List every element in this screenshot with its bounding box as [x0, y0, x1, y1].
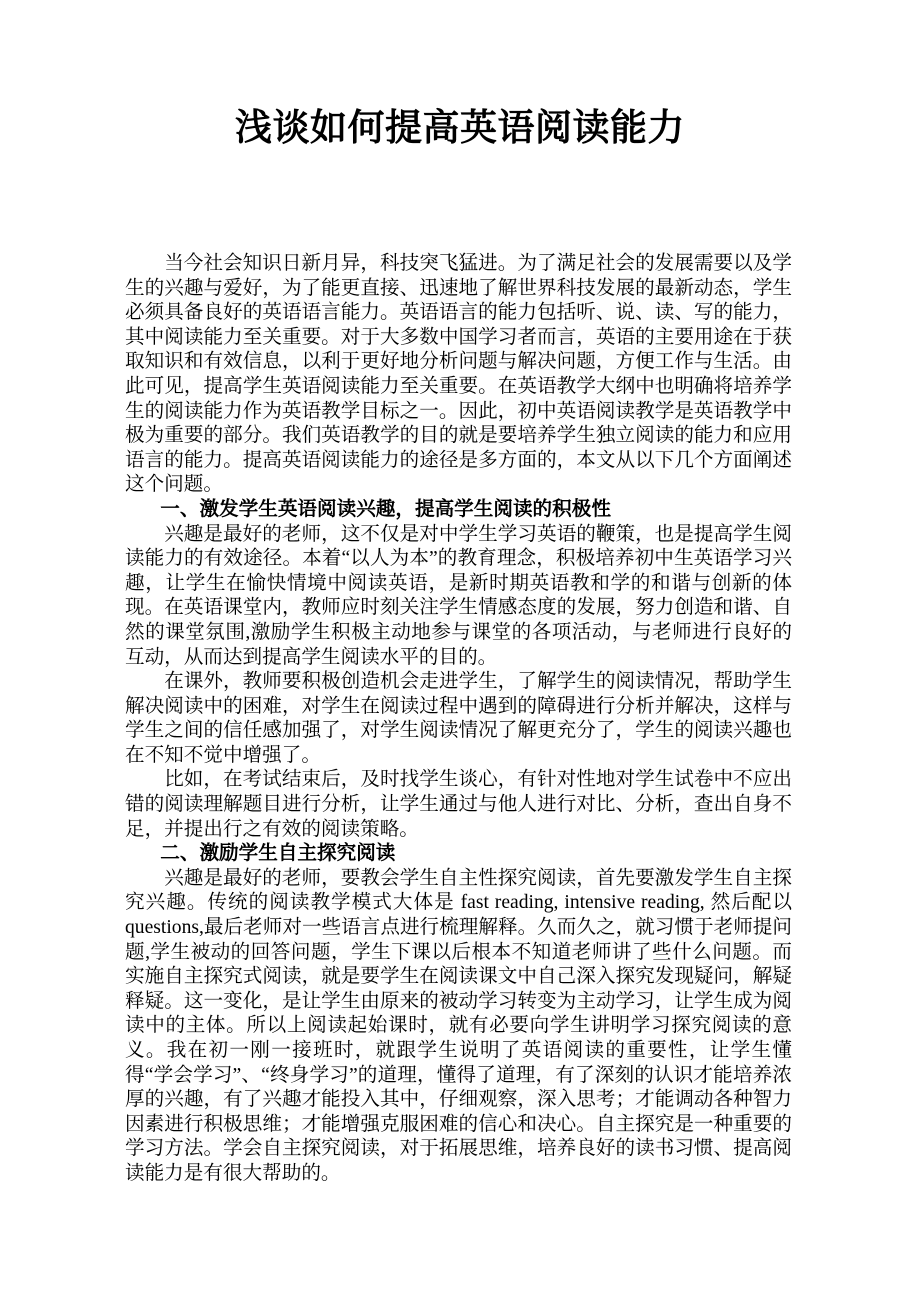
- document-title: 浅谈如何提高英语阅读能力: [0, 106, 920, 152]
- paragraph-section1-1: 兴趣是最好的老师，这不仅是对中学生学习英语的鞭策，也是提高学生阅读能力的有效途径…: [125, 523, 792, 671]
- paragraph-section1-2: 在课外，教师要积极创造机会走进学生，了解学生的阅读情况，帮助学生解决阅读中的困难…: [125, 670, 792, 768]
- section-heading-1: 一、激发学生英语阅读兴趣，提高学生阅读的积极性: [125, 498, 792, 523]
- paragraph-section1-3: 比如，在考试结束后，及时找学生谈心，有针对性地对学生试卷中不应出错的阅读理解题目…: [125, 768, 792, 842]
- paragraph-intro: 当今社会知识日新月异，科技突飞猛进。为了满足社会的发展需要以及学生的兴趣与爱好，…: [125, 252, 792, 498]
- document-body: 当今社会知识日新月异，科技突飞猛进。为了满足社会的发展需要以及学生的兴趣与爱好，…: [125, 252, 792, 1187]
- document-page: 浅谈如何提高英语阅读能力 当今社会知识日新月异，科技突飞猛进。为了满足社会的发展…: [0, 0, 920, 1302]
- paragraph-section2-1: 兴趣是最好的老师，要教会学生自主性探究阅读，首先要激发学生自主探究兴趣。传统的阅…: [125, 867, 792, 1187]
- section-heading-2: 二、激励学生自主探究阅读: [125, 842, 792, 867]
